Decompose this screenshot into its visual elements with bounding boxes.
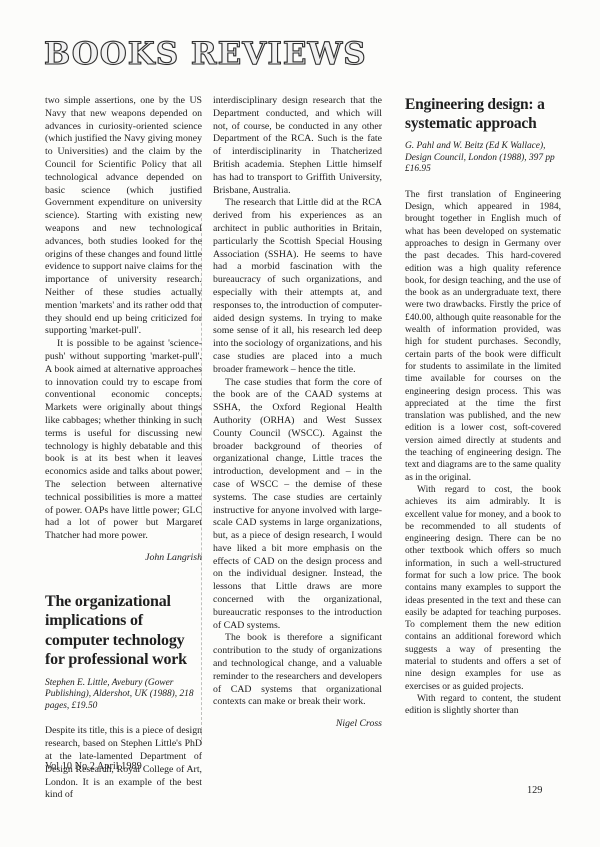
book-citation: Stephen E. Little, Avebury (Gower Publis… [45, 678, 202, 713]
body-paragraph: two simple assertions, one by the US Nav… [45, 95, 202, 338]
books-reviews-masthead: BOOKS REVIEWS [44, 36, 367, 72]
column-middle: interdisciplinary design research that t… [213, 95, 382, 802]
reviewer-byline: Nigel Cross [213, 718, 382, 731]
three-column-text-area: two simple assertions, one by the US Nav… [45, 95, 561, 802]
review-title: The organizational implications of compu… [45, 592, 202, 670]
reviewer-byline: John Langrish [45, 552, 202, 565]
page-number: 129 [527, 785, 542, 796]
body-paragraph: It is possible to be against 'science-pu… [45, 338, 202, 543]
journal-volume-info: Vol 10 No 2 April 1989 [45, 761, 142, 772]
body-paragraph: With regard to content, the student edit… [405, 693, 561, 718]
body-paragraph: With regard to cost, the book achieves i… [405, 484, 561, 693]
scanned-journal-page: BOOKS REVIEWS two simple assertions, one… [0, 0, 600, 847]
column-right: Engineering design: a systematic approac… [405, 95, 561, 802]
column-left: two simple assertions, one by the US Nav… [45, 95, 202, 802]
body-paragraph: interdisciplinary design research that t… [213, 95, 382, 197]
body-paragraph: The first translation of Engineering Des… [405, 189, 561, 484]
body-paragraph: The research that Little did at the RCA … [213, 197, 382, 376]
body-paragraph: The case studies that form the core of t… [213, 377, 382, 633]
review-title: Engineering design: a systematic approac… [405, 95, 561, 133]
book-citation: G. Pahl and W. Beitz (Ed K Wallace), Des… [405, 141, 561, 176]
body-paragraph: The book is therefore a significant cont… [213, 632, 382, 709]
